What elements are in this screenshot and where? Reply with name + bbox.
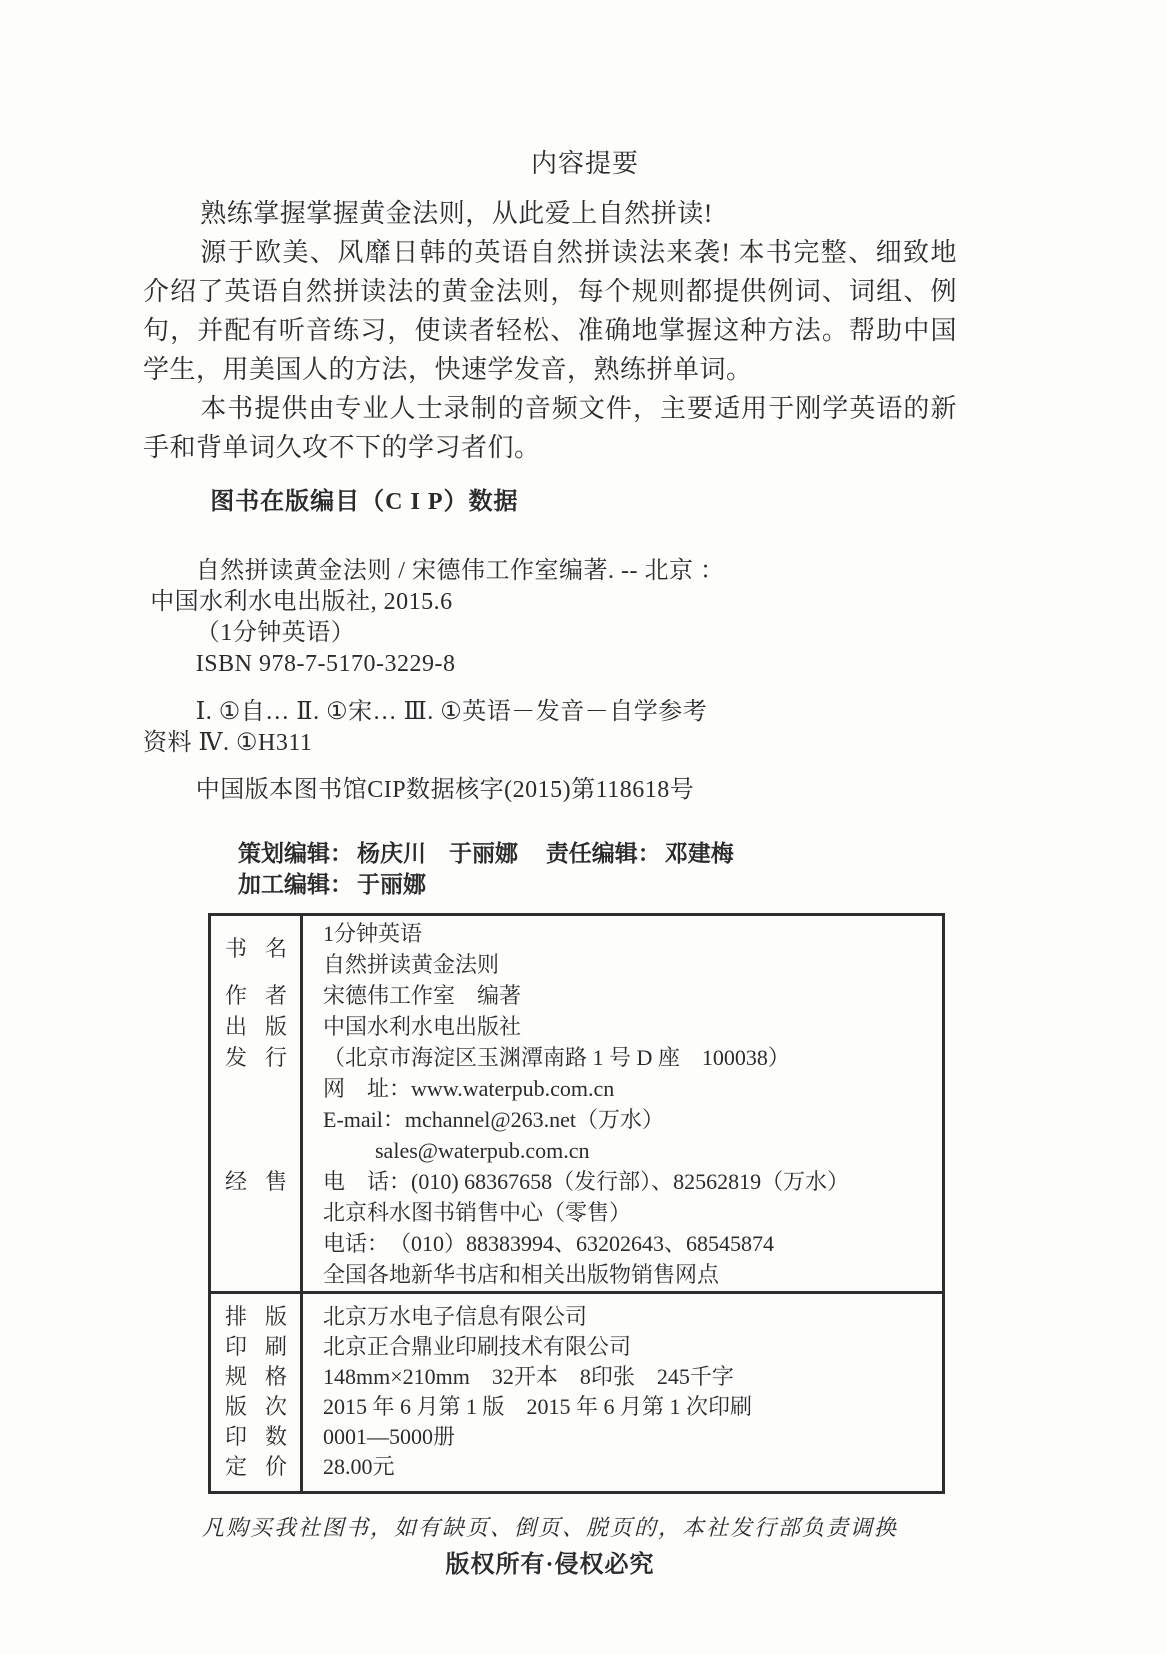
sales-outlets: 全国各地新华书店和相关出版物销售网点 bbox=[323, 1259, 936, 1290]
typesetting-company: 北京万水电子信息有限公司 bbox=[323, 1302, 936, 1332]
content-summary: 熟练掌握掌握黄金法则，从此爱上自然拼读! 源于欧美、风靡日韩的英语自然拼读法来袭… bbox=[143, 194, 957, 467]
label-book-title: 书名 bbox=[225, 933, 287, 964]
label-print-run: 印数 bbox=[225, 1422, 287, 1452]
label-price: 定价 bbox=[225, 1452, 287, 1482]
editor-role: 责任编辑： bbox=[546, 841, 661, 866]
edition-info: 2015 年 6 月第 1 版 2015 年 6 月第 1 次印刷 bbox=[323, 1392, 936, 1422]
format-spec: 148mm×210mm 32开本 8印张 245千字 bbox=[323, 1362, 936, 1392]
print-run: 0001—5000册 bbox=[323, 1422, 936, 1452]
cip-line: （1分钟英语） bbox=[143, 618, 957, 649]
cip-classification-line: 资料 Ⅳ. ①H311 bbox=[143, 728, 957, 759]
book-title: 自然拼读黄金法则 bbox=[323, 949, 936, 980]
label-publisher: 出版发行 bbox=[225, 1011, 287, 1073]
colophon-value-column: 1分钟英语 自然拼读黄金法则 宋德伟工作室 编著 中国水利水电出版社 （北京市海… bbox=[303, 916, 942, 1291]
price: 28.00元 bbox=[323, 1452, 936, 1482]
cip-data-heading: 图书在版编目（C I P）数据 bbox=[143, 487, 957, 518]
purchase-exchange-note: 凡购买我社图书，如有缺页、倒页、脱页的，本社发行部负责调换 bbox=[143, 1512, 957, 1543]
cip-isbn: ISBN 978-7-5170-3229-8 bbox=[143, 649, 957, 680]
label-printing: 印刷 bbox=[225, 1332, 287, 1362]
retail-center: 北京科水图书销售中心（零售） bbox=[323, 1197, 936, 1228]
email-1: E-mail：mchannel@263.net（万水） bbox=[323, 1104, 936, 1135]
summary-paragraph: 熟练掌握掌握黄金法则，从此爱上自然拼读! bbox=[143, 194, 957, 233]
cip-registration-number: 中国版本图书馆CIP数据核字(2015)第118618号 bbox=[143, 775, 957, 806]
page-content: 内容提要 熟练掌握掌握黄金法则，从此爱上自然拼读! 源于欧美、风靡日韩的英语自然… bbox=[143, 0, 957, 1581]
editor-role: 策划编辑： bbox=[238, 841, 353, 866]
editors-line: 策划编辑：杨庆川 于丽娜 责任编辑：邓建梅 加工编辑：于丽娜 bbox=[238, 838, 957, 900]
content-summary-title: 内容提要 bbox=[143, 147, 957, 180]
editor-group: 责任编辑：邓建梅 bbox=[546, 841, 734, 866]
label-author: 作者 bbox=[225, 980, 287, 1011]
author-name: 宋德伟工作室 编著 bbox=[323, 980, 936, 1011]
email-2: sales@waterpub.com.cn bbox=[323, 1135, 936, 1166]
copyright-notice: 版权所有·侵权必究 bbox=[143, 1550, 957, 1581]
editor-names: 杨庆川 于丽娜 bbox=[357, 841, 518, 866]
label-format: 规格 bbox=[225, 1362, 287, 1392]
colophon-table: 书名 作者 出版发行 经售 1分钟英语 自然拼读黄金法则 宋德伟工作室 编著 中… bbox=[208, 913, 945, 1494]
summary-paragraph: 源于欧美、风靡日韩的英语自然拼读法来袭! 本书完整、细致地介绍了英语自然拼读法的… bbox=[143, 233, 957, 389]
cip-line: 中国水利水电出版社, 2015.6 bbox=[143, 587, 957, 618]
website: 网 址：www.waterpub.com.cn bbox=[323, 1073, 936, 1104]
printing-company: 北京正合鼎业印刷技术有限公司 bbox=[323, 1332, 936, 1362]
colophon-value-column: 北京万水电子信息有限公司 北京正合鼎业印刷技术有限公司 148mm×210mm … bbox=[303, 1294, 942, 1491]
cip-record-block: 自然拼读黄金法则 / 宋德伟工作室编著. -- 北京 ： 中国水利水电出版社, … bbox=[143, 556, 957, 680]
summary-paragraph: 本书提供由专业人士录制的音频文件，主要适用于刚学英语的新手和背单词久攻不下的学习… bbox=[143, 389, 957, 467]
colophon-label-column: 排版 印刷 规格 版次 印数 定价 bbox=[211, 1294, 303, 1491]
publisher-name: 中国水利水电出版社 bbox=[323, 1011, 936, 1042]
editor-names: 邓建梅 bbox=[665, 841, 734, 866]
cip-classification-block: Ⅰ. ①自… Ⅱ. ①宋… Ⅲ. ①英语－发音－自学参考 资料 Ⅳ. ①H311 bbox=[143, 697, 957, 759]
editor-role: 加工编辑： bbox=[238, 872, 353, 897]
colophon-section-printing: 排版 印刷 规格 版次 印数 定价 北京万水电子信息有限公司 北京正合鼎业印刷技… bbox=[211, 1291, 942, 1491]
editor-group: 策划编辑：杨庆川 于丽娜 bbox=[238, 841, 518, 866]
label-edition: 版次 bbox=[225, 1392, 287, 1422]
cip-line: 自然拼读黄金法则 / 宋德伟工作室编著. -- 北京 ： bbox=[143, 556, 957, 587]
book-copyright-page: 内容提要 熟练掌握掌握黄金法则，从此爱上自然拼读! 源于欧美、风靡日韩的英语自然… bbox=[0, 0, 1166, 1654]
editor-group: 加工编辑：于丽娜 bbox=[238, 872, 426, 897]
phone-distribution: 电 话：(010) 68367658（发行部）、82562819（万水） bbox=[323, 1166, 936, 1197]
editor-names: 于丽娜 bbox=[357, 872, 426, 897]
colophon-section-publishing: 书名 作者 出版发行 经售 1分钟英语 自然拼读黄金法则 宋德伟工作室 编著 中… bbox=[211, 916, 942, 1291]
phone-retail: 电话： （010）88383994、63202643、68545874 bbox=[323, 1228, 936, 1259]
label-typesetting: 排版 bbox=[225, 1302, 287, 1332]
label-distribution: 经售 bbox=[225, 1166, 287, 1197]
publisher-address: （北京市海淀区玉渊潭南路 1 号 D 座 100038） bbox=[323, 1042, 936, 1073]
colophon-label-column: 书名 作者 出版发行 经售 bbox=[211, 916, 303, 1291]
cip-classification-line: Ⅰ. ①自… Ⅱ. ①宋… Ⅲ. ①英语－发音－自学参考 bbox=[143, 697, 957, 728]
series-name: 1分钟英语 bbox=[323, 918, 936, 949]
